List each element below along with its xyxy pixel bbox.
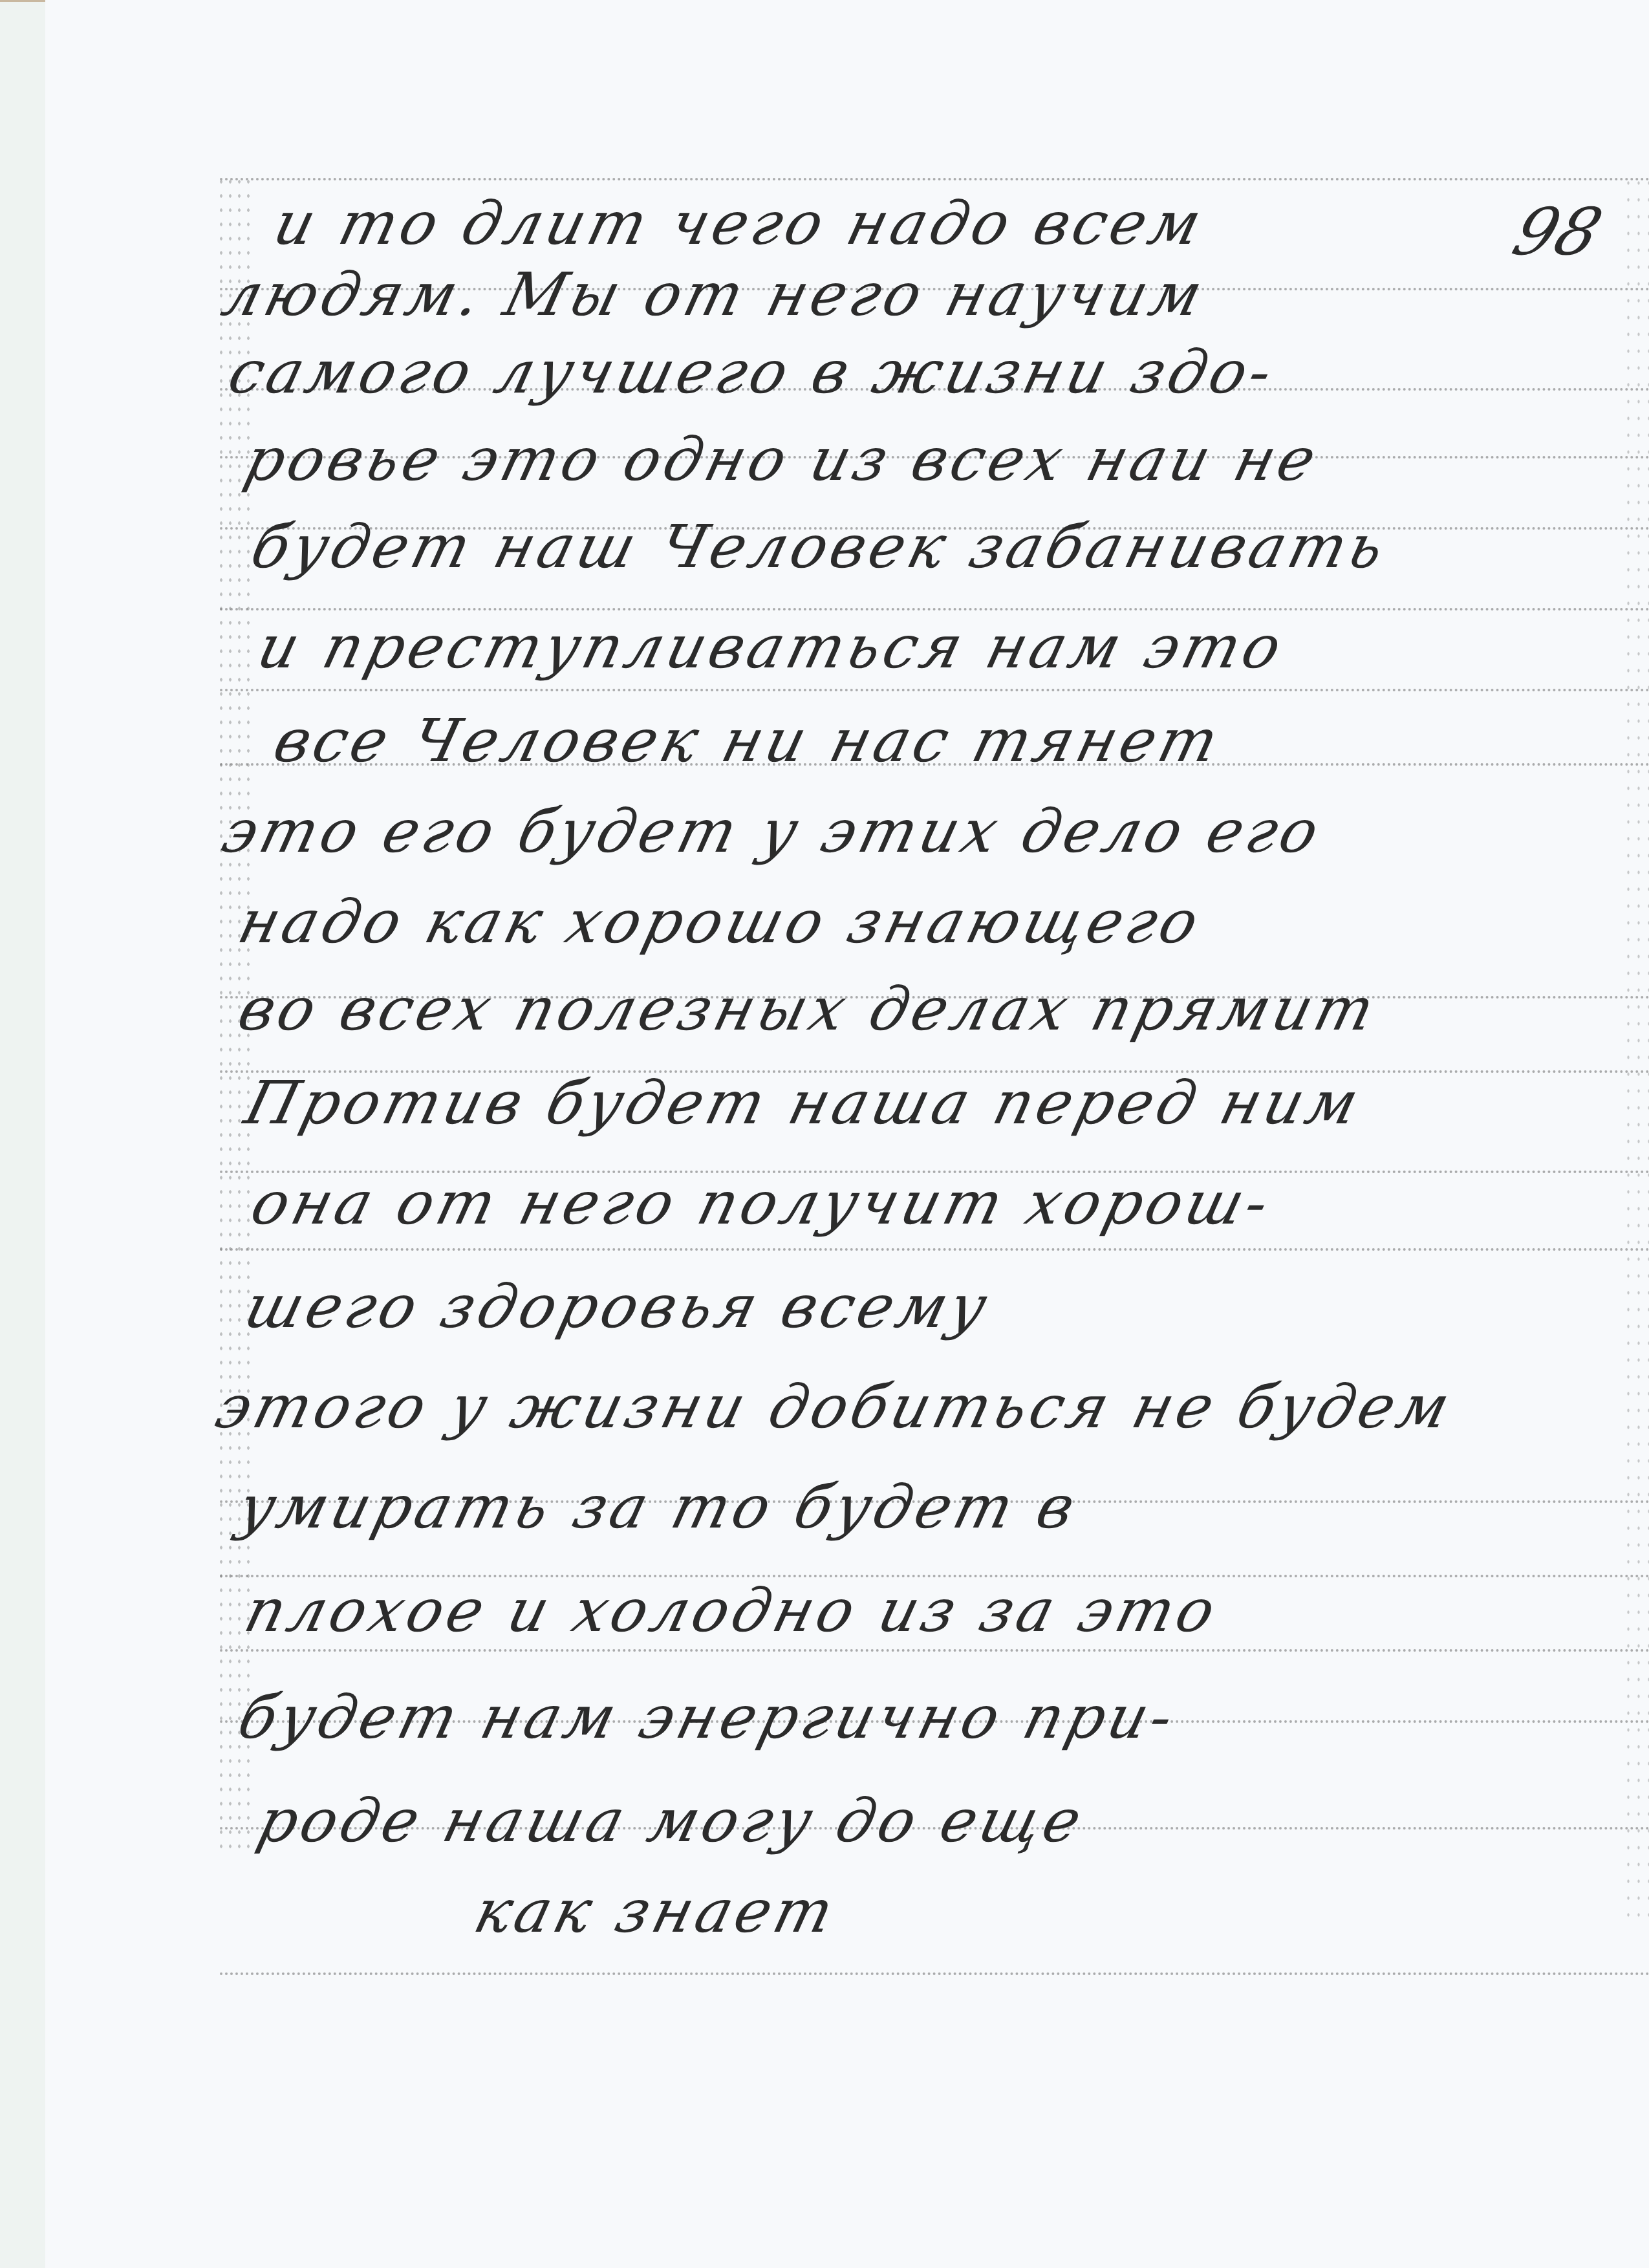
handwritten-line: ровье это одно из всех наи не: [239, 430, 1325, 490]
handwritten-line: будет наш Человек забанивать: [246, 517, 1394, 577]
handwritten-line: надо как хорошо знающего: [233, 892, 1208, 952]
photocopy-noise-right: [1623, 175, 1649, 1921]
ruled-line: [220, 1649, 1649, 1652]
handwritten-line: во всех полезных делах прямит: [233, 980, 1383, 1039]
handwritten-line: как знает: [469, 1882, 843, 1941]
handwritten-line: Против будет наша перед ним: [239, 1074, 1368, 1133]
ruled-line: [220, 178, 1649, 180]
handwritten-line: и преступливаться нам это: [252, 618, 1291, 677]
handwritten-line: это его будет у этих дело его: [217, 802, 1328, 861]
handwritten-line: все Человек ни нас тянет: [268, 711, 1227, 771]
ruled-line: [220, 608, 1649, 610]
ruled-line: [220, 1248, 1649, 1251]
handwritten-line: и то длит чего надо всем: [268, 194, 1211, 254]
scan-left-strip: [0, 0, 45, 2268]
ruled-line: [220, 1972, 1649, 1975]
scan-top-edge: [0, 0, 45, 2]
handwritten-line: будет нам энергично при-: [233, 1688, 1183, 1747]
handwritten-line: умирать за то будет в: [233, 1478, 1084, 1537]
handwritten-line: этого у жизни добиться не будем: [210, 1377, 1459, 1437]
handwritten-line: людям. Мы от него научим: [217, 265, 1212, 325]
handwritten-line: она от него получит хорош-: [246, 1174, 1278, 1233]
handwritten-line: шего здоровья всему: [239, 1277, 997, 1337]
ruled-line: [220, 689, 1649, 691]
handwritten-line: роде наша могу до еще: [252, 1791, 1091, 1851]
handwritten-line: плохое и холодно из за это: [239, 1581, 1225, 1641]
page-number: 98: [1504, 194, 1611, 270]
handwritten-line: самого лучшего в жизни здо-: [223, 343, 1282, 402]
document-page: 98 и то длит чего надо всем людям. Мы от…: [45, 0, 1649, 2268]
